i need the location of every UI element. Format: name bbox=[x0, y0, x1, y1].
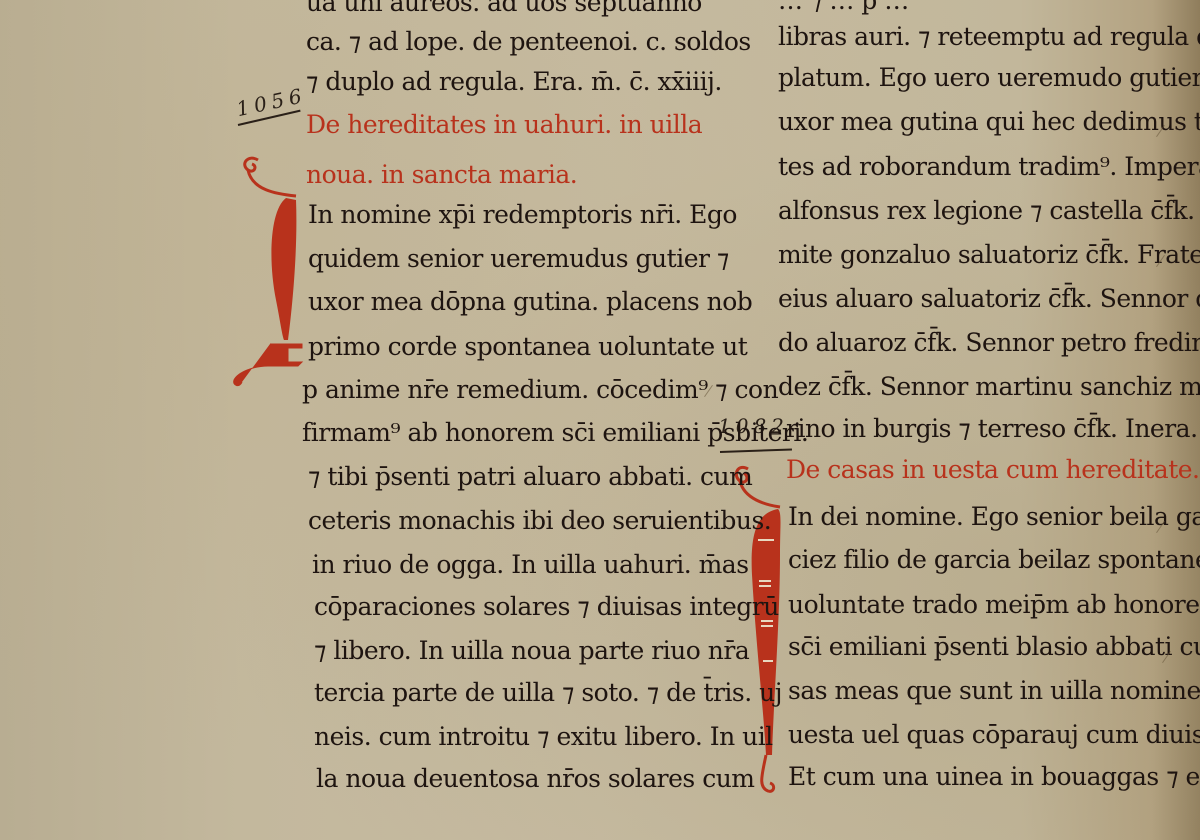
text-line: tercia parte de uilla ⁊ soto. ⁊ de t̄ris… bbox=[314, 678, 782, 708]
text-line: platum. Ego uero ueremudo gutier. ⁊ bbox=[778, 63, 1200, 93]
text-line: neis. cum introitu ⁊ exitu libero. In ui… bbox=[314, 722, 773, 752]
text-line: cōparaciones solares ⁊ diuisas integrū bbox=[314, 592, 779, 622]
text-line: alfonsus rex legione ⁊ castella c̄f̄k. C… bbox=[778, 196, 1200, 226]
text-line: ceteris monachis ibi deo seruientibus. bbox=[308, 506, 771, 536]
rubric-heading: De casas in uesta cum hereditate. bbox=[786, 455, 1200, 485]
text-line: uxor mea dōpna gutina. placens nob bbox=[308, 287, 752, 317]
text-line: In nomine xp̄i redemptoris nr̄i. Ego bbox=[308, 200, 737, 230]
text-line: mite gonzaluo saluatoriz c̄f̄k. Frater bbox=[778, 240, 1200, 270]
text-line: ca. ⁊ ad lope. de penteenoi. c. soldos bbox=[306, 27, 751, 57]
text-line: rino in burgis ⁊ terreso c̄f̄k. Inera. m… bbox=[786, 414, 1200, 444]
text-line: in riuo de ogga. In uilla uahuri. m̄as bbox=[312, 550, 749, 580]
text-line: … ⁊ … p̄ … bbox=[778, 0, 909, 16]
text-line: uxor mea gutina qui hec dedimus tes bbox=[778, 107, 1200, 137]
text-line: Et cum una uinea in bouaggas ⁊ est bbox=[788, 762, 1200, 792]
text-line: sc̄i emiliani p̄senti blasio abbati cum … bbox=[788, 632, 1200, 662]
text-line: p anime nr̄e remedium. cōcedim⁹ ⁊ con bbox=[302, 375, 778, 405]
text-line: ua uni aureos. ad uos septuanno bbox=[306, 0, 702, 18]
text-line: ciez filio de garcia beilaz spontanea bbox=[788, 545, 1200, 575]
text-line: libras auri. ⁊ reteemptu ad regula dupla bbox=[778, 22, 1200, 52]
text-line: quidem senior ueremudus gutier ⁊ bbox=[308, 244, 729, 274]
text-line: tes ad roborandum tradim⁹. Imperante bbox=[778, 152, 1200, 182]
text-line: ⁊ duplo ad regula. Era. m̄. c̄. xx̄iiij. bbox=[306, 67, 722, 97]
text-line: eius aluaro saluatoriz c̄f̄k. Sennor did… bbox=[778, 284, 1200, 314]
text-line: uoluntate trado meip̄m ab honore bbox=[788, 590, 1200, 620]
text-line: la noua deuentosa nr̄os solares cum bbox=[316, 764, 755, 794]
text-line: firmam⁹ ab honorem sc̄i emiliani p̄sbite… bbox=[302, 418, 808, 448]
marginal-rule bbox=[720, 448, 792, 453]
text-line: dez c̄f̄k. Sennor martinu sanchiz me bbox=[778, 372, 1200, 402]
text-line: primo corde spontanea uoluntate ut bbox=[308, 332, 747, 362]
rubric-heading: noua. in sancta maria. bbox=[306, 160, 577, 190]
text-line: ⁊ libero. In uilla noua parte riuo nr̄a bbox=[314, 636, 749, 666]
illuminated-initial-i-left bbox=[226, 150, 306, 395]
manuscript-page: 1056 1082 ua uni aureos. ad uos septuann… bbox=[0, 0, 1200, 840]
text-line: do aluaroz c̄f̄k. Sennor petro fredinan bbox=[778, 328, 1200, 358]
text-line: uesta uel quas cōparauj cum diuisa. bbox=[788, 720, 1200, 750]
text-line: sas meas que sunt in uilla nomine bbox=[788, 676, 1200, 706]
text-line: In dei nomine. Ego senior beila gar bbox=[788, 502, 1200, 532]
text-line: ⁊ tibi p̄senti patri aluaro abbati. cum bbox=[308, 462, 752, 492]
rubric-heading: De hereditates in uahuri. in uilla bbox=[306, 110, 702, 140]
